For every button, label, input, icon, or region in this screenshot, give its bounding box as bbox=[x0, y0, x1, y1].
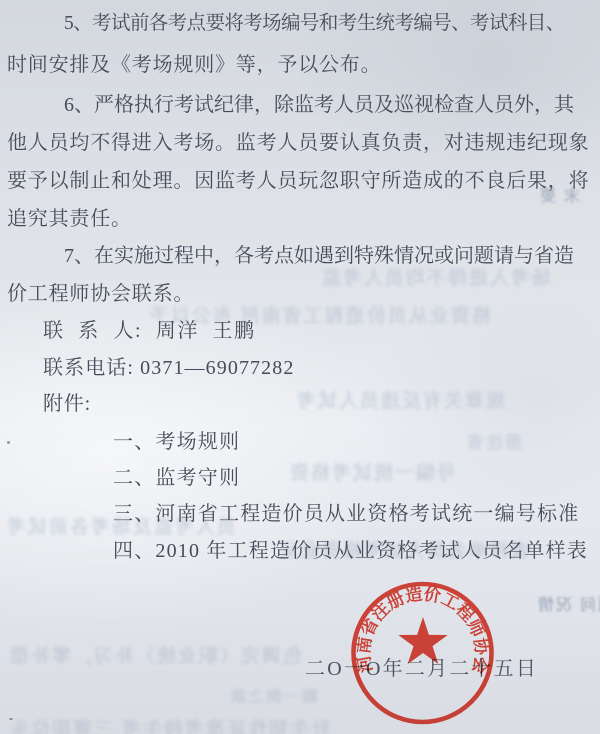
bleedthrough-text: 号编一统试考格资 bbox=[288, 458, 456, 485]
bleedthrough-text: 册注省 bbox=[465, 428, 522, 453]
item5-line1: 5、考试前各考点要将考场编号和考生统考编号、考试科目、 bbox=[64, 12, 565, 36]
attachment-item-2: 二、监考守则 bbox=[113, 466, 240, 490]
item7-line1: 7、在实施过程中，各考点如遇到特殊情况或问题请与省造 bbox=[64, 244, 574, 268]
contact-person: 联 系 人: 周洋 王鹏 bbox=[43, 319, 256, 343]
bleedthrough-text: 颗一倒之款 bbox=[228, 684, 318, 707]
bleedthrough-text: 针生韧性证准考持生考 三赛即位头 bbox=[8, 714, 330, 734]
bleedthrough-text: 规章关有反违员人试考 bbox=[295, 386, 505, 413]
attachment-item-4: 四、2010 年工程造价员从业资格考试人员名单样表 bbox=[113, 539, 588, 563]
star-icon bbox=[398, 617, 447, 664]
attachment-item-3: 三、河南省工程造价员从业资格考试统一编号标准 bbox=[113, 502, 579, 526]
attachment-item-1: 一、考场规则 bbox=[113, 430, 240, 454]
item6-line2: 他人员均不得进入考场。监考人员要认真负责，对违规违纪现象 bbox=[7, 131, 589, 155]
bleedthrough-text: 色调完（职业统）补习，零补偿 bbox=[8, 641, 302, 668]
attachments-label: 附件: bbox=[43, 392, 91, 416]
official-seal: 河南省注册造价工程师协会 bbox=[336, 568, 508, 734]
bleedthrough-text: 题问 况情 bbox=[536, 592, 600, 615]
contact-phone: 联系电话: 0371—69077282 bbox=[43, 356, 294, 380]
item7-line2: 价工程师协会联系。 bbox=[7, 282, 194, 306]
item6-line3: 要予以制止和处理。因监考人员玩忽职守所造成的不良后果，将 bbox=[7, 169, 589, 193]
item6-line4: 追究其责任。 bbox=[7, 207, 132, 231]
scan-speck bbox=[7, 441, 10, 444]
scan-speck bbox=[9, 718, 13, 720]
item5-line2: 时间安排及《考场规则》等，予以公布。 bbox=[7, 53, 381, 77]
scanned-document-page: 末 要 场考入进得不均员人考监 格资业从员价造程工省南河 布公以予 规章关有反违… bbox=[0, 0, 600, 734]
item6-line1: 6、严格执行考试纪律，除监考人员及巡视检查人员外，其 bbox=[64, 93, 574, 117]
